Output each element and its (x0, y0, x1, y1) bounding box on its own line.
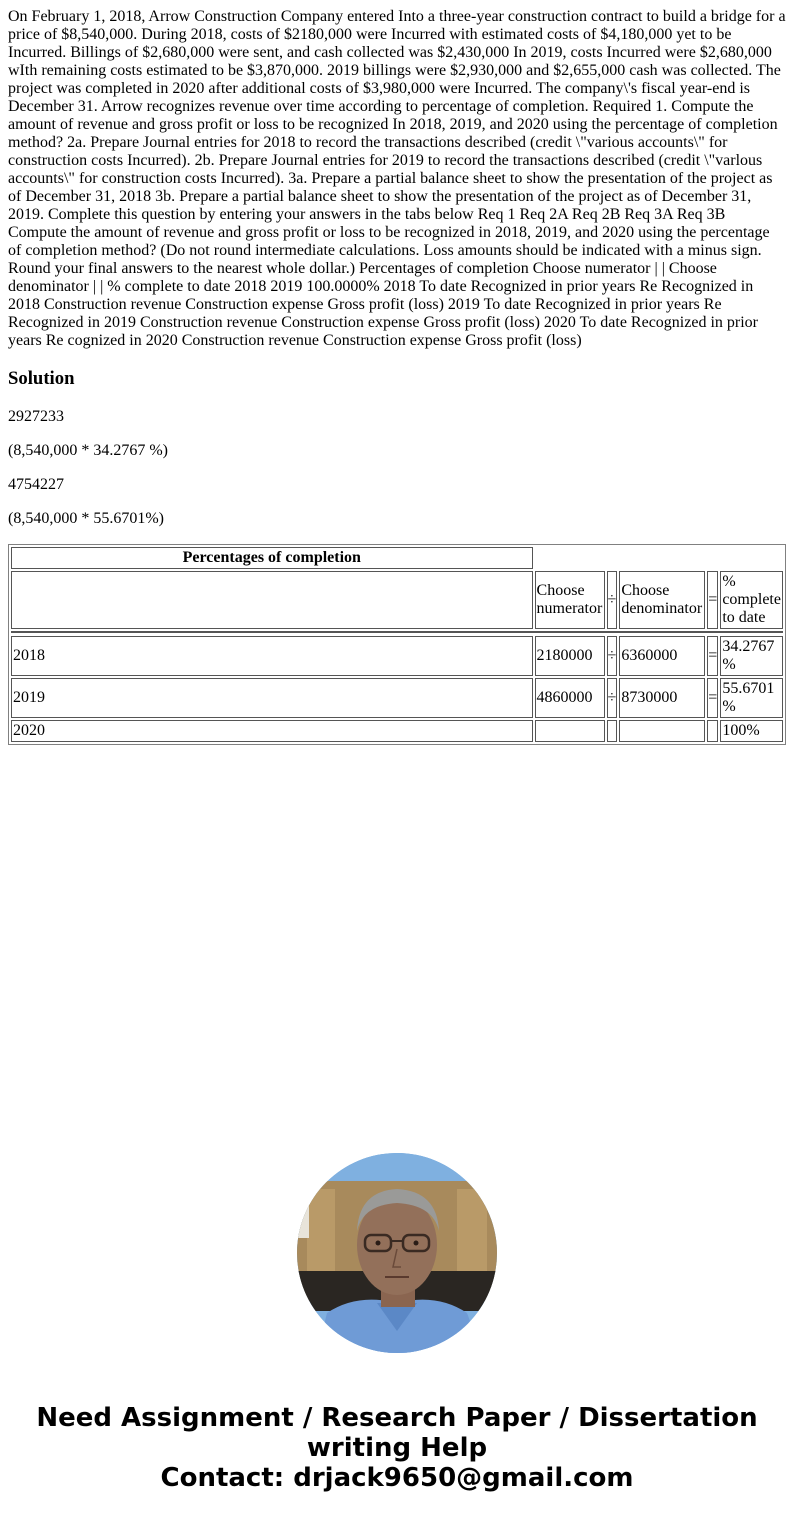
solution-line-4: (8,540,000 * 55.6701%) (8, 510, 786, 528)
row-numerator[interactable]: 2180000 (535, 636, 605, 676)
banner-line-1: Need Assignment / Research Paper / Disse… (0, 1403, 794, 1433)
blank-cell (535, 547, 783, 569)
solution-heading: Solution (8, 368, 786, 390)
header-equals: = (707, 571, 718, 629)
page-content: On February 1, 2018, Arrow Construction … (0, 0, 794, 745)
header-numerator: Choose numerator (535, 571, 605, 629)
solution-line-1: 2927233 (8, 408, 786, 426)
row-percent: 100% (720, 720, 783, 742)
table-title-row: Percentages of completion (11, 547, 783, 569)
row-denominator[interactable]: 6360000 (619, 636, 705, 676)
row-divide: ÷ (607, 678, 618, 718)
row-denominator[interactable] (619, 720, 705, 742)
solution-line-3: 4754227 (8, 476, 786, 494)
row-equals: = (707, 636, 718, 676)
table-row: 2020 100% (11, 720, 783, 742)
table-row: 2019 4860000 ÷ 8730000 = 55.6701 % (11, 678, 783, 718)
header-denominator: Choose denominator (619, 571, 705, 629)
row-year: 2019 (11, 678, 533, 718)
header-label (11, 571, 533, 629)
row-numerator[interactable] (535, 720, 605, 742)
row-equals: = (707, 678, 718, 718)
person-portrait-icon (297, 1153, 497, 1353)
row-percent: 55.6701 % (720, 678, 783, 718)
row-year: 2018 (11, 636, 533, 676)
row-divide: ÷ (607, 636, 618, 676)
header-percent: % complete to date (720, 571, 783, 629)
row-equals (707, 720, 718, 742)
row-percent: 34.2767 % (720, 636, 783, 676)
contact-banner: Need Assignment / Research Paper / Disse… (0, 1403, 794, 1493)
row-numerator[interactable]: 4860000 (535, 678, 605, 718)
contact-email: Contact: drjack9650@gmail.com (0, 1463, 794, 1493)
solution-line-2: (8,540,000 * 34.2767 %) (8, 442, 786, 460)
divider-line (11, 631, 783, 634)
row-denominator[interactable]: 8730000 (619, 678, 705, 718)
header-divide: ÷ (607, 571, 618, 629)
table-title: Percentages of completion (11, 547, 533, 569)
question-text: On February 1, 2018, Arrow Construction … (8, 8, 786, 350)
table-header-row: Choose numerator ÷ Choose denominator = … (11, 571, 783, 629)
row-divide (607, 720, 618, 742)
percentage-completion-table: Percentages of completion Choose numerat… (8, 544, 786, 745)
table-row: 2018 2180000 ÷ 6360000 = 34.2767 % (11, 636, 783, 676)
divider (11, 631, 783, 634)
row-year: 2020 (11, 720, 533, 742)
author-avatar (297, 1153, 497, 1353)
banner-line-2: writing Help (0, 1433, 794, 1463)
